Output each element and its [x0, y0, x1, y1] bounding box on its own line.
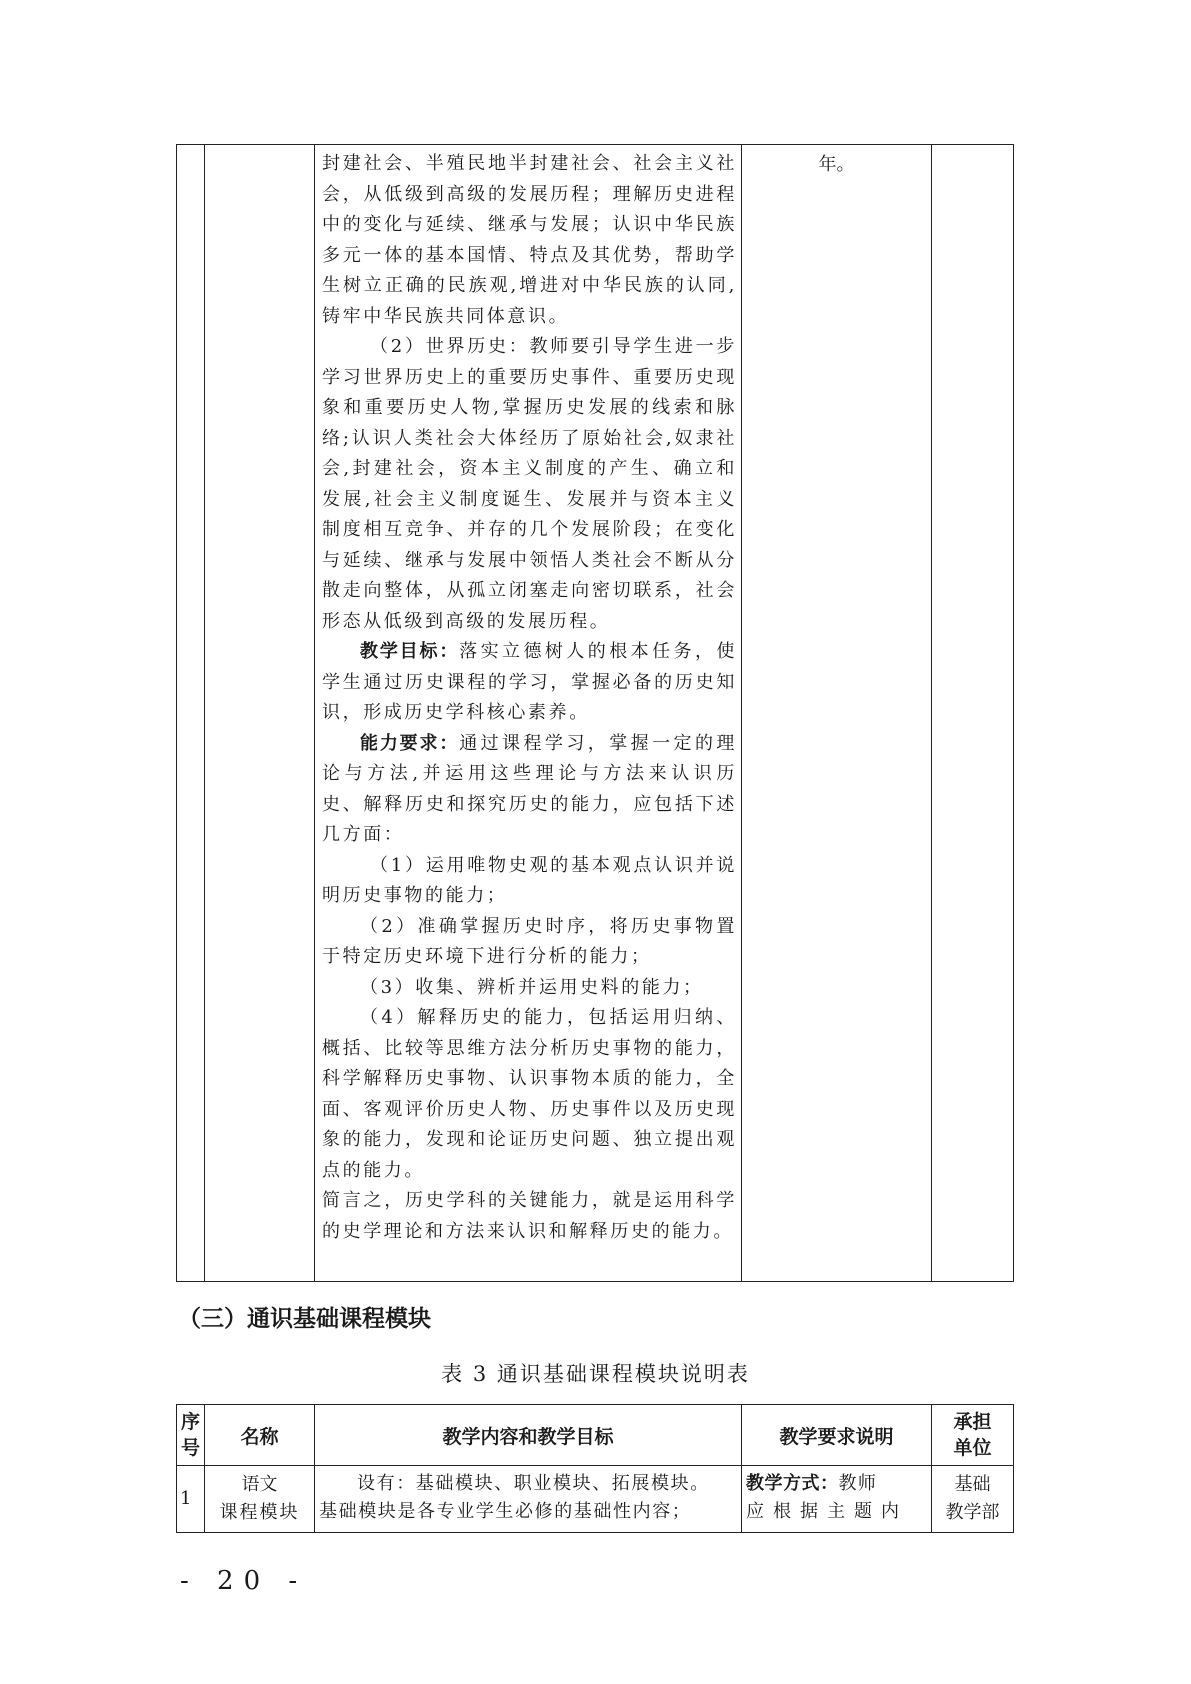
row-name: 语文 课程模块: [205, 1466, 315, 1533]
document-page: 封建社会、半殖民地半封建社会、社会主义社会，从低级到高级的发展历程；理解历史进程…: [0, 0, 1191, 1684]
row-unit-line2: 教学部: [932, 1499, 1013, 1527]
teaching-method-label: 教学方式：: [746, 1473, 839, 1494]
summary-paragraph: 简言之，历史学科的关键能力，就是运用科学的史学理论和方法来认识和解释历史的能力。: [322, 1186, 737, 1247]
content-cell: 封建社会、半殖民地半封建社会、社会主义社会，从低级到高级的发展历程；理解历史进程…: [315, 145, 742, 1282]
table-header-row: 序号 名称 教学内容和教学目标 教学要求说明 承担单位: [177, 1405, 1014, 1466]
name-cell: [205, 145, 315, 1282]
general-course-table: 序号 名称 教学内容和教学目标 教学要求说明 承担单位 1 语文 课程模块 设有…: [176, 1404, 1014, 1533]
header-content: 教学内容和教学目标: [315, 1405, 742, 1466]
course-table-continued: 封建社会、半殖民地半封建社会、社会主义社会，从低级到高级的发展历程；理解历史进程…: [176, 144, 1014, 1282]
header-unit: 承担单位: [932, 1405, 1014, 1466]
section-heading: （三）通识基础课程模块: [178, 1300, 431, 1333]
table-caption: 表 3 通识基础课程模块说明表: [0, 1358, 1191, 1388]
requirement-cell: 年。: [742, 145, 932, 1282]
row-name-line2: 课程模块: [205, 1499, 314, 1527]
page-number: - 20 -: [180, 1566, 307, 1596]
ability-requirement-paragraph: 能力要求：通过课程学习，掌握一定的理论与方法,并运用这些理论与方法来认识历史、解…: [322, 729, 737, 851]
row-requirement-line1: 教学方式：教师: [746, 1470, 927, 1498]
row-seq: 1: [177, 1466, 205, 1533]
row-content: 设有：基础模块、职业模块、拓展模块。 基础模块是各专业学生必修的基础性内容；: [315, 1466, 742, 1533]
row-name-line1: 语文: [205, 1471, 314, 1499]
ability-requirement-label: 能力要求：: [360, 733, 459, 754]
row-requirement-line2: 应根据主题内: [746, 1498, 927, 1526]
teaching-goal-label: 教学目标：: [360, 641, 459, 662]
seq-cell: [177, 145, 205, 1282]
row-unit: 基础 教学部: [932, 1466, 1014, 1533]
header-seq: 序号: [177, 1405, 205, 1466]
table-row: 封建社会、半殖民地半封建社会、社会主义社会，从低级到高级的发展历程；理解历史进程…: [177, 145, 1014, 1282]
header-unit-text: 承担单位: [953, 1411, 991, 1459]
row-content-line2: 基础模块是各专业学生必修的基础性内容；: [319, 1498, 737, 1526]
ability-item-4: （4）解释历史的能力，包括运用归纳、概括、比较等思维方法分析历史事物的能力，科学…: [322, 1003, 737, 1186]
ability-item-3: （3）收集、辨析并运用史料的能力；: [322, 973, 737, 1004]
teaching-goal-paragraph: 教学目标：落实立德树人的根本任务，使学生通过历史课程的学习，掌握必备的历史知识，…: [322, 637, 737, 729]
content-paragraph-world-history: （2）世界历史：教师要引导学生进一步学习世界历史上的重要历史事件、重要历史现象和…: [322, 332, 737, 637]
row-unit-line1: 基础: [932, 1471, 1013, 1499]
header-name: 名称: [205, 1405, 315, 1466]
teaching-method-text: 教师: [839, 1473, 878, 1494]
row-requirement: 教学方式：教师 应根据主题内: [742, 1466, 932, 1533]
unit-cell: [932, 145, 1014, 1282]
table-row: 1 语文 课程模块 设有：基础模块、职业模块、拓展模块。 基础模块是各专业学生必…: [177, 1466, 1014, 1533]
content-paragraph-chinese-history: 封建社会、半殖民地半封建社会、社会主义社会，从低级到高级的发展历程；理解历史进程…: [322, 149, 737, 332]
ability-item-1: （1）运用唯物史观的基本观点认识并说明历史事物的能力；: [322, 851, 737, 912]
header-requirement: 教学要求说明: [742, 1405, 932, 1466]
row-content-line1: 设有：基础模块、职业模块、拓展模块。: [319, 1470, 737, 1498]
ability-item-2: （2）准确掌握历史时序，将历史事物置于特定历史环境下进行分析的能力；: [322, 912, 737, 973]
